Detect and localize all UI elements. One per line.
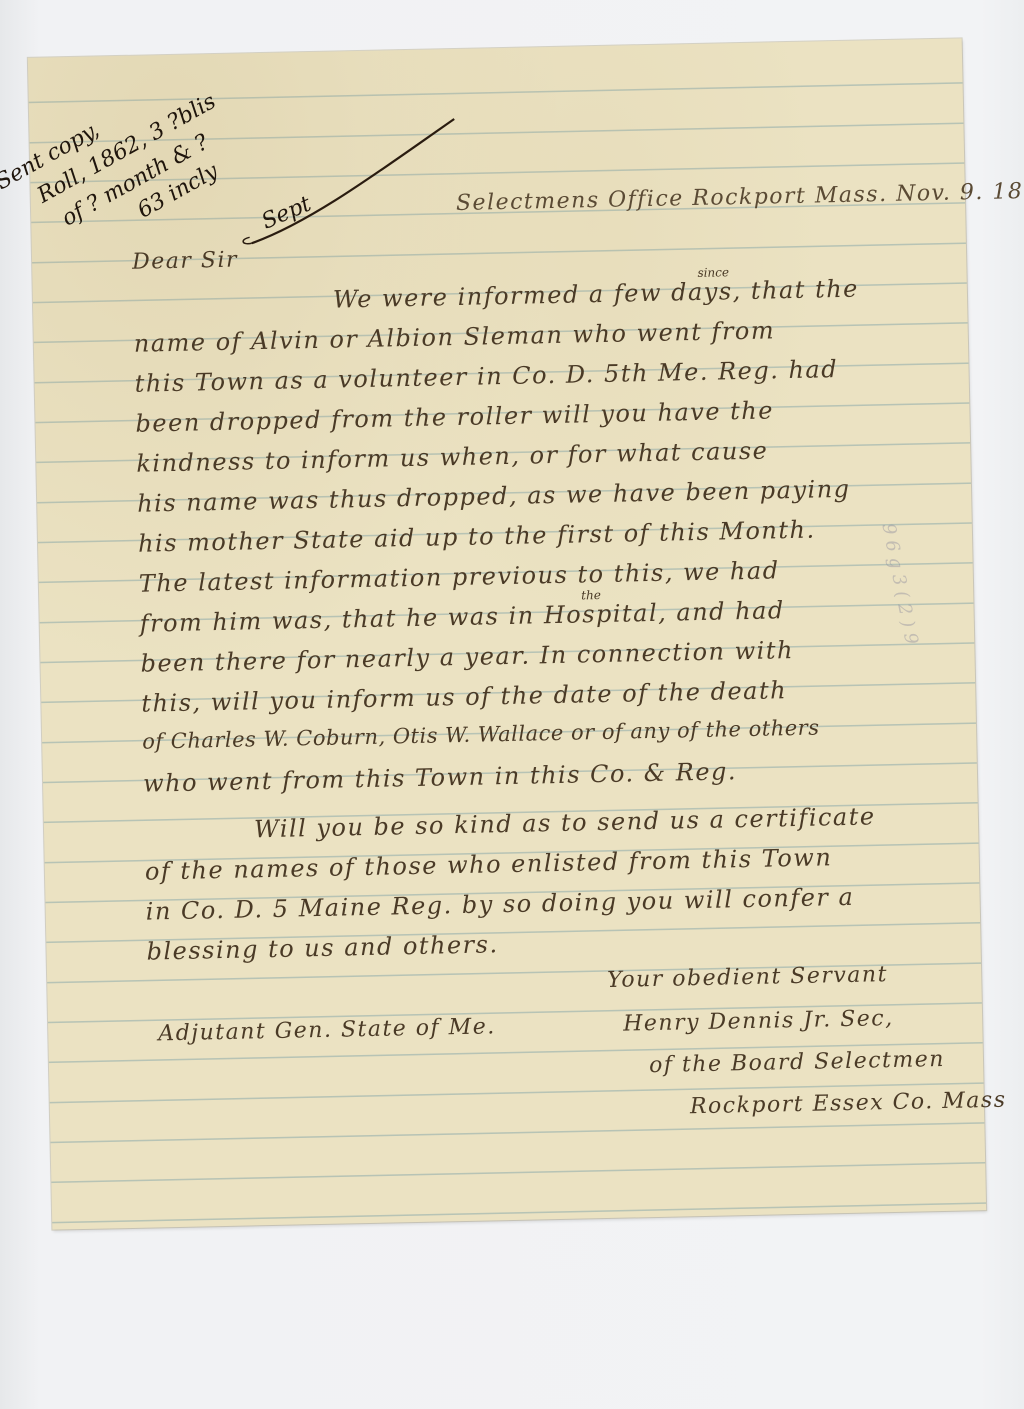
signature-title-2: Rockport Essex Co. Mass (690, 1090, 1007, 1119)
pencil-marks: 9 6 g 3 ( 2 ) 9 (877, 520, 922, 646)
body-line-5: kindness to inform us when, or for what … (136, 438, 768, 475)
letter-page: Sent copy, Roll, 1862, 3 ?blis of ? mont… (28, 38, 986, 1229)
body-line-4: been dropped from the roller will you ha… (135, 398, 774, 435)
insertion-the: the (581, 588, 601, 602)
body-line-10: been there for nearly a year. In connect… (140, 638, 794, 676)
body-line-11: this, will you inform us of the date of … (141, 678, 787, 716)
docket-flourish (229, 109, 472, 254)
complimentary-close: Your obedient Servant (607, 964, 888, 992)
body-line-12: of Charles W. Coburn, Otis W. Wallace or… (142, 717, 820, 752)
body-line-13: who went from this Town in this Co. & Re… (143, 759, 737, 795)
body-line-15: of the names of those who enlisted from … (145, 845, 833, 883)
insertion-since: since (697, 265, 729, 280)
body-line-9: from him was, that he was in Hospital, a… (139, 598, 785, 636)
addressee: Adjutant Gen. State of Me. (158, 1016, 496, 1045)
body-line-8: The latest information previous to this,… (139, 558, 780, 595)
body-line-17: blessing to us and others. (146, 932, 498, 963)
body-line-7: his mother State aid up to the first of … (138, 518, 816, 556)
salutation: Dear Sir (132, 250, 238, 274)
signature-title-1: of the Board Selectmen (649, 1049, 945, 1077)
body-line-1: We were informed a few days, that the (333, 277, 859, 312)
body-line-3: this Town as a volunteer in Co. D. 5th M… (134, 357, 838, 396)
body-line-6: his name was thus dropped, as we have be… (137, 477, 851, 516)
body-line-2: name of Alvin or Albion Sleman who went … (134, 318, 776, 355)
place-date-heading: Selectmens Office Rockport Mass. Nov. 9.… (456, 180, 1024, 215)
body-line-14: Will you be so kind as to send us a cert… (254, 804, 876, 841)
signature: Henry Dennis Jr. Sec, (623, 1008, 894, 1036)
body-line-16: in Co. D. 5 Maine Reg. by so doing you w… (145, 885, 854, 924)
